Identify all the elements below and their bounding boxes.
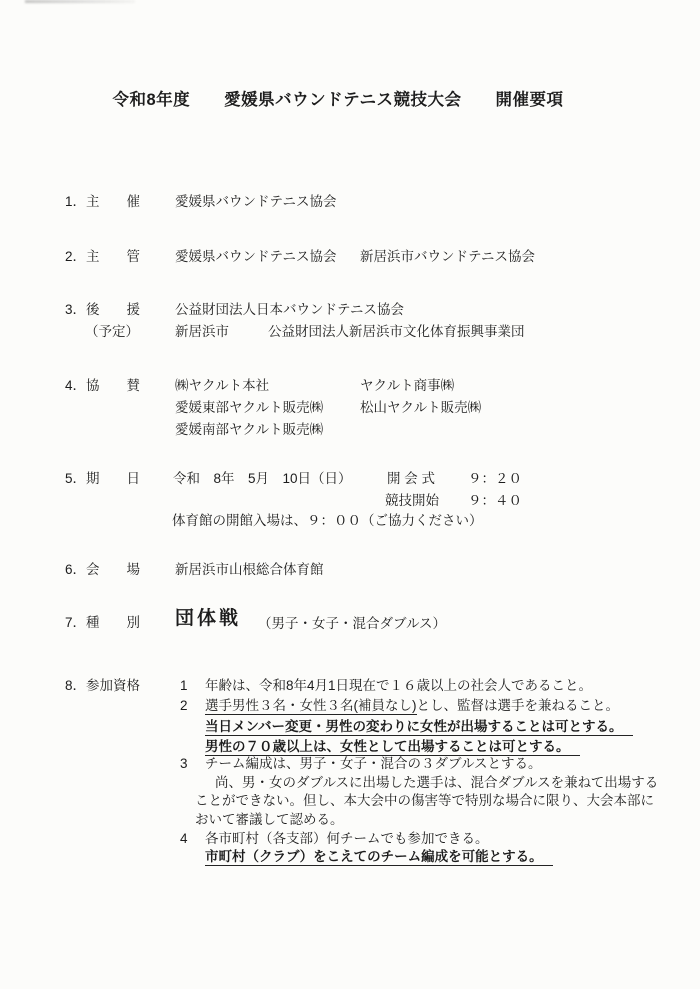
section-2-label: 2．主 管 [65, 248, 140, 265]
doc-title: 令和8年度 愛媛県バウンドテニス競技大会 開催要項 [0, 86, 676, 110]
eligibility-item-3-cont-2: ことができない。但し、本大会中の傷害等で特別な場合に限り、大会本部に [195, 792, 654, 809]
eligibility-item-4: 各市町村（各支部）何チームでも参加できる。 [205, 830, 489, 847]
section-8-label: 8．参加資格 [65, 677, 140, 694]
sponsor-row: 愛媛南部ヤクルト販売㈱ [175, 421, 323, 438]
section-3-org-2: 新居浜市 [175, 323, 229, 340]
section-7-label: 7．種 別 [65, 614, 140, 631]
item-number: 2 [180, 697, 188, 714]
competition-start-label: 競技開始 [385, 492, 439, 509]
sponsor-row: ㈱ヤクルト本社 [175, 377, 269, 394]
eligibility-item-2: 選手男性３名・女性３名(補員なし)とし、監督は選手を兼ねること。 [205, 697, 619, 714]
section-5-label: 5．期 日 [65, 470, 140, 487]
event-date: 令和 8年 5月 10日（日） [173, 470, 352, 487]
eligibility-item-3-cont-1: 尚、男・女のダブルスに出場した選手は、混合ダブルスを兼ねて出場する [215, 774, 658, 791]
eligibility-item-2-note-1: 当日メンバー変更・男性の変わりに女性が出場することは可とする。 [205, 719, 633, 736]
section-1-label: 1．主 催 [65, 193, 140, 210]
eligibility-item-1: 年齢は、令和8年4月1日現在で１６歳以上の社会人であること。 [205, 677, 592, 694]
document-page: 令和8年度 愛媛県バウンドテニス競技大会 開催要項 1．主 催 愛媛県バウンドテ… [0, 0, 700, 989]
section-2-org-1: 愛媛県バウンドテニス協会 [175, 248, 336, 265]
eligibility-item-3-cont-3: おいて審議して認める。 [195, 811, 344, 828]
admission-note: 体育館の開館入場は、９：００（ご協力ください） [172, 512, 483, 529]
section-3-org-3: 公益財団法人新居浜市文化体育振興事業団 [268, 323, 525, 340]
venue-name: 新居浜市山根総合体育館 [175, 561, 324, 578]
section-2-org-2: 新居浜市バウンドテニス協会 [360, 248, 535, 265]
event-type: 団体戦 [175, 610, 241, 627]
competition-start-time: ９：４０ [468, 492, 522, 509]
eligibility-item-4-note: 市町村（クラブ）をこえてのチーム編成を可能とする。 [205, 849, 553, 866]
item-number: 3 [180, 755, 188, 772]
section-3-org-1: 公益財団法人日本バウンドテニス協会 [175, 301, 404, 318]
section-3-sublabel: （予定） [85, 323, 139, 340]
ceremony-label: 開 会 式 [387, 470, 435, 487]
sponsor-row: ヤクルト商事㈱ [360, 377, 454, 394]
section-6-label: 6．会 場 [65, 561, 140, 578]
event-type-detail: （男子・女子・混合ダブルス） [258, 615, 446, 632]
eligibility-item-2-note-2: 男性の７０歳以上は、女性として出場することは可とする。 [205, 739, 580, 756]
sponsor-row: 松山ヤクルト販売㈱ [360, 399, 481, 416]
eligibility-item-2-underlined: 選手男性３名・女性３名(補員なし) [205, 698, 417, 715]
eligibility-item-2-rest: とし、監督は選手を兼ねること。 [417, 698, 620, 713]
section-1-content: 愛媛県バウンドテニス協会 [175, 193, 336, 210]
section-4-label: 4．協 賛 [65, 377, 140, 394]
ceremony-time: ９：２０ [468, 470, 522, 487]
scan-artifact [25, 0, 135, 3]
item-number: 1 [180, 677, 188, 694]
sponsor-row: 愛媛東部ヤクルト販売㈱ [175, 399, 323, 416]
section-3-label: 3．後 援 [65, 301, 140, 318]
item-number: 4 [180, 830, 188, 847]
eligibility-item-3: チーム編成は、男子・女子・混合の３ダブルスとする。 [205, 755, 542, 772]
